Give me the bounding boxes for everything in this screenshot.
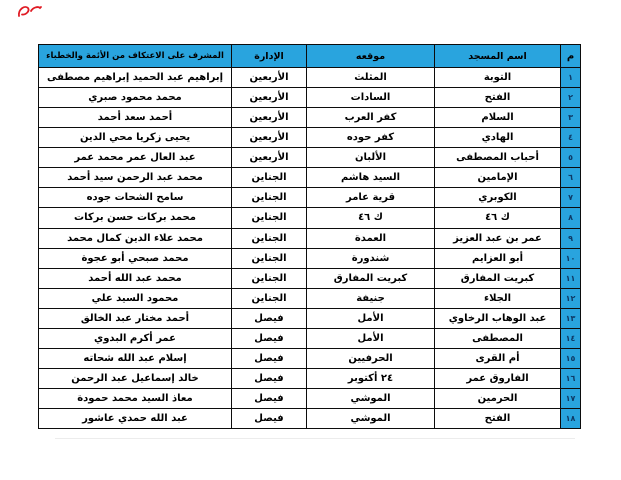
header-administration: الإدارة	[231, 45, 306, 67]
cell-supervisor: أحمد مختار عبد الخالق	[39, 309, 231, 328]
table-row: ١٨الفتحالموشيفيصلعبد الله حمدي عاشور	[39, 408, 580, 428]
table-row: ٩عمر بن عبد العزيزالعمدةالجناينمحمد علاء…	[39, 228, 580, 248]
table-row: ٤الهاديكفر حودهالأربعينيحيى زكريا محي ال…	[39, 127, 580, 147]
table-row: ١٦الفاروق عمر٢٤ أكتوبرفيصلخالد إسماعيل ع…	[39, 368, 580, 388]
cell-mosque: أحباب المصطفى	[434, 148, 560, 167]
cell-mosque: الجلاء	[434, 289, 560, 308]
table-row: ٦الإمامينالسيد هاشمالجناينمحمد عبد الرحم…	[39, 167, 580, 187]
cell-location: كفر العرب	[306, 108, 434, 127]
cell-supervisor: عبد الله حمدي عاشور	[39, 409, 231, 428]
table-header-row: م اسم المسجد موقعه الإدارة المشرف على ال…	[39, 45, 580, 67]
table-row: ١٣عبد الوهاب الرخاويالأملفيصلأحمد مختار …	[39, 308, 580, 328]
cell-no: ١٠	[560, 249, 580, 268]
cell-location: كبريت المفارق	[306, 269, 434, 288]
cell-supervisor: عبد العال عمر محمد عمر	[39, 148, 231, 167]
table-row: ٣السلامكفر العربالأربعينأحمد سعد أحمد	[39, 107, 580, 127]
cell-admin: فيصل	[231, 309, 306, 328]
cell-mosque: الفاروق عمر	[434, 369, 560, 388]
cell-admin: الأربعين	[231, 128, 306, 147]
cell-no: ٨	[560, 208, 580, 227]
table-row: ٧الكوبريقرية عامرالجناينسامح الشحات جوده	[39, 187, 580, 207]
cell-location: شندورة	[306, 249, 434, 268]
cell-mosque: المصطفى	[434, 329, 560, 348]
cell-supervisor: عمر أكرم البدوي	[39, 329, 231, 348]
cell-supervisor: محمد صبحي أبو عجوة	[39, 249, 231, 268]
mosques-itikaf-table: م اسم المسجد موقعه الإدارة المشرف على ال…	[38, 44, 581, 429]
cell-no: ١٦	[560, 369, 580, 388]
cell-location: السيد هاشم	[306, 168, 434, 187]
cell-location: الحرفيين	[306, 349, 434, 368]
table-row: ١٥أم القرىالحرفيينفيصلإسلام عبد الله شحا…	[39, 348, 580, 368]
cell-location: الألبان	[306, 148, 434, 167]
cell-no: ١٤	[560, 329, 580, 348]
cell-supervisor: أحمد سعد أحمد	[39, 108, 231, 127]
cell-location: الأمل	[306, 329, 434, 348]
cell-admin: الجناين	[231, 208, 306, 227]
cell-supervisor: محمد عبد الرحمن سيد أحمد	[39, 168, 231, 187]
cell-admin: الجناين	[231, 168, 306, 187]
cell-no: ٥	[560, 148, 580, 167]
table-body: ١التوبةالمثلثالأربعينإبراهيم عبد الحميد …	[39, 67, 580, 428]
table-row: ٢الفتحالساداتالأربعينمحمد محمود صبري	[39, 87, 580, 107]
cell-no: ٩	[560, 229, 580, 248]
cell-no: ١	[560, 68, 580, 87]
cell-admin: فيصل	[231, 409, 306, 428]
cell-no: ٣	[560, 108, 580, 127]
cell-location: جنيفة	[306, 289, 434, 308]
cell-admin: الأربعين	[231, 68, 306, 87]
cell-location: العمدة	[306, 229, 434, 248]
red-annotation-mark	[16, 2, 44, 22]
header-no: م	[560, 45, 580, 67]
cell-admin: فيصل	[231, 349, 306, 368]
cell-no: ١٢	[560, 289, 580, 308]
cell-mosque: الفتح	[434, 409, 560, 428]
cell-admin: الأربعين	[231, 108, 306, 127]
table-row: ١٧الحرمينالموشيفيصلمعاذ السيد محمد حمودة	[39, 388, 580, 408]
cell-supervisor: محمد عبد الله أحمد	[39, 269, 231, 288]
cell-location: ك ٤٦	[306, 208, 434, 227]
cell-no: ١٣	[560, 309, 580, 328]
cell-no: ٢	[560, 88, 580, 107]
cell-mosque: التوبة	[434, 68, 560, 87]
table-row: ٨ك ٤٦ك ٤٦الجناينمحمد بركات حسن بركات	[39, 207, 580, 227]
cell-no: ١٨	[560, 409, 580, 428]
cell-location: الموشي	[306, 389, 434, 408]
table-row: ١التوبةالمثلثالأربعينإبراهيم عبد الحميد …	[39, 67, 580, 87]
cell-mosque: الهادي	[434, 128, 560, 147]
cell-location: السادات	[306, 88, 434, 107]
cell-mosque: السلام	[434, 108, 560, 127]
document-page: م اسم المسجد موقعه الإدارة المشرف على ال…	[0, 0, 621, 480]
cell-supervisor: يحيى زكريا محي الدين	[39, 128, 231, 147]
cell-no: ١٧	[560, 389, 580, 408]
table-row: ١٠أبو العزايمشندورةالجناينمحمد صبحي أبو …	[39, 248, 580, 268]
cell-admin: الجناين	[231, 249, 306, 268]
cell-no: ١١	[560, 269, 580, 288]
cell-supervisor: سامح الشحات جوده	[39, 188, 231, 207]
cell-location: كفر حوده	[306, 128, 434, 147]
cell-admin: الأربعين	[231, 148, 306, 167]
cell-location: المثلث	[306, 68, 434, 87]
cell-no: ٤	[560, 128, 580, 147]
cell-admin: فيصل	[231, 389, 306, 408]
cell-supervisor: محمود السيد علي	[39, 289, 231, 308]
cell-supervisor: إسلام عبد الله شحاته	[39, 349, 231, 368]
cell-supervisor: معاذ السيد محمد حمودة	[39, 389, 231, 408]
cell-no: ٧	[560, 188, 580, 207]
header-location: موقعه	[306, 45, 434, 67]
cell-admin: الجناين	[231, 269, 306, 288]
cell-location: ٢٤ أكتوبر	[306, 369, 434, 388]
cell-mosque: الحرمين	[434, 389, 560, 408]
table-row: ٥أحباب المصطفىالألبانالأربعينعبد العال ع…	[39, 147, 580, 167]
cell-no: ٦	[560, 168, 580, 187]
table-row: ١١كبريت المفارقكبريت المفارقالجناينمحمد …	[39, 268, 580, 288]
page-shadow-line	[55, 438, 575, 439]
cell-admin: فيصل	[231, 369, 306, 388]
cell-mosque: الفتح	[434, 88, 560, 107]
cell-admin: الأربعين	[231, 88, 306, 107]
cell-admin: الجناين	[231, 229, 306, 248]
header-mosque-name: اسم المسجد	[434, 45, 560, 67]
cell-mosque: عمر بن عبد العزيز	[434, 229, 560, 248]
header-supervisor: المشرف على الاعتكاف من الأئمة والخطباء	[39, 45, 231, 67]
cell-supervisor: محمد بركات حسن بركات	[39, 208, 231, 227]
cell-location: الأمل	[306, 309, 434, 328]
cell-supervisor: خالد إسماعيل عبد الرحمن	[39, 369, 231, 388]
cell-location: الموشي	[306, 409, 434, 428]
cell-mosque: الإمامين	[434, 168, 560, 187]
cell-admin: الجناين	[231, 289, 306, 308]
cell-supervisor: محمد علاء الدين كمال محمد	[39, 229, 231, 248]
cell-mosque: الكوبري	[434, 188, 560, 207]
cell-location: قرية عامر	[306, 188, 434, 207]
cell-mosque: أبو العزايم	[434, 249, 560, 268]
cell-mosque: أم القرى	[434, 349, 560, 368]
cell-admin: الجناين	[231, 188, 306, 207]
table-row: ١٤المصطفىالأملفيصلعمر أكرم البدوي	[39, 328, 580, 348]
cell-no: ١٥	[560, 349, 580, 368]
cell-supervisor: محمد محمود صبري	[39, 88, 231, 107]
cell-mosque: ك ٤٦	[434, 208, 560, 227]
table-row: ١٢الجلاءجنيفةالجناينمحمود السيد علي	[39, 288, 580, 308]
cell-mosque: كبريت المفارق	[434, 269, 560, 288]
cell-admin: فيصل	[231, 329, 306, 348]
cell-mosque: عبد الوهاب الرخاوي	[434, 309, 560, 328]
cell-supervisor: إبراهيم عبد الحميد إبراهيم مصطفى	[39, 68, 231, 87]
